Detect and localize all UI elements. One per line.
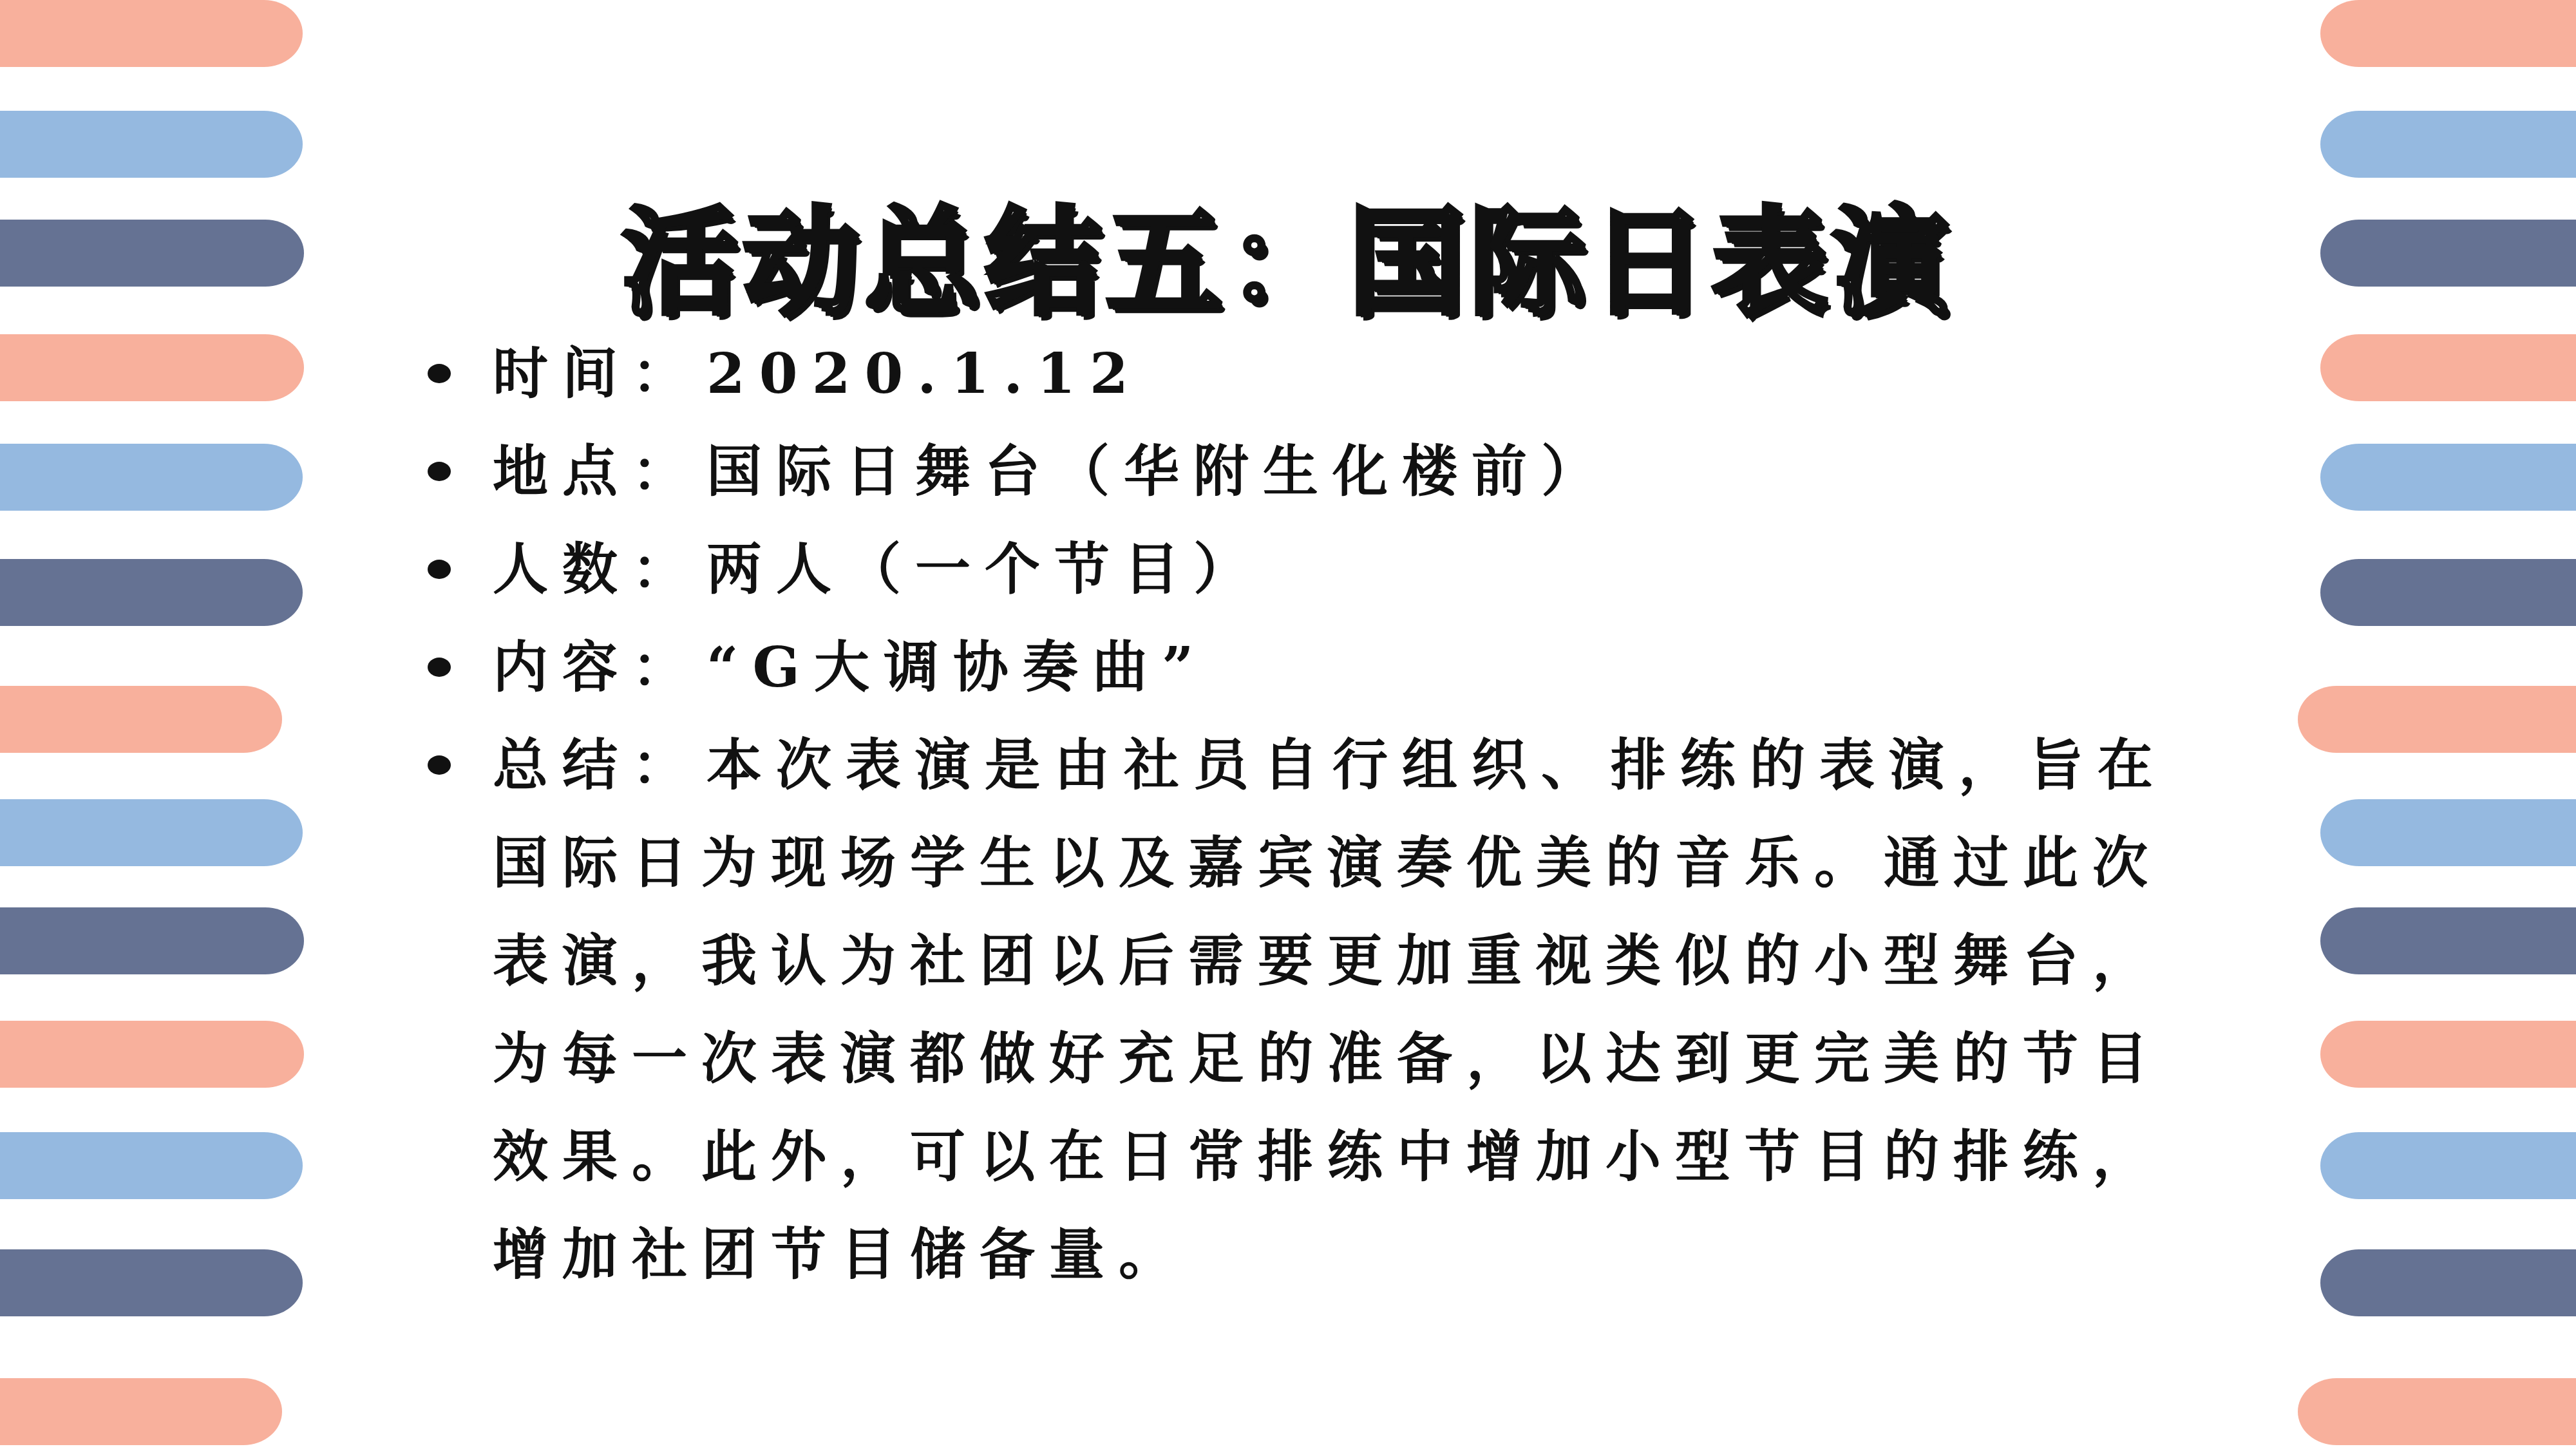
brush-stripe-slate-blue (0, 559, 303, 626)
brush-stripe-light-blue (0, 444, 303, 511)
item-value: 2020.1.12 (706, 341, 1142, 406)
item-label: 总结 (493, 733, 632, 798)
item-label: 时间 (493, 341, 632, 406)
slide-title: 活动总结五：国际日表演 (0, 193, 2576, 334)
bullet-icon (428, 364, 451, 383)
item-separator: ： (632, 635, 706, 700)
summary-list: 时间：2020.1.12 地点：国际日舞台（华附生化楼前） 人数：两人（一个节目… (419, 325, 2209, 1304)
item-label: 地点 (493, 439, 632, 504)
brush-stripe-light-blue (0, 1132, 303, 1199)
brush-stripe-pink (2320, 1021, 2576, 1088)
brush-stripe-pink (2298, 686, 2576, 753)
list-item-headcount: 人数：两人（一个节目） (419, 521, 2209, 619)
brush-stripe-light-blue (0, 799, 303, 866)
bullet-icon (428, 462, 451, 481)
brush-stripe-pink (0, 1021, 304, 1088)
brush-stripe-slate-blue (2320, 907, 2576, 974)
brush-stripe-light-blue (2320, 799, 2576, 866)
brush-stripe-slate-blue (0, 907, 304, 974)
brush-stripe-light-blue (0, 111, 303, 178)
item-value: 两人（一个节目） (706, 537, 1263, 602)
brush-stripe-pink (0, 1378, 282, 1445)
list-item-summary: 总结：本次表演是由社员自行组织、排练的表演，旨在国际日为现场学生以及嘉宾演奏优美… (419, 717, 2209, 1304)
item-separator: ： (632, 341, 706, 406)
brush-stripe-light-blue (2320, 444, 2576, 511)
item-label: 人数 (493, 537, 632, 602)
item-value: 国际日舞台（华附生化楼前） (706, 439, 1611, 504)
brush-stripe-pink (0, 686, 282, 753)
bullet-icon (428, 560, 451, 579)
bullet-icon (428, 755, 451, 775)
item-separator: ： (632, 733, 706, 798)
brush-stripe-slate-blue (2320, 559, 2576, 626)
item-label: 内容 (493, 635, 632, 700)
list-item-time: 时间：2020.1.12 (419, 325, 2209, 423)
brush-stripe-pink (2320, 334, 2576, 401)
brush-stripe-light-blue (2320, 1132, 2576, 1199)
item-separator: ： (632, 537, 706, 602)
brush-stripe-slate-blue (0, 1249, 303, 1316)
brush-stripe-light-blue (2320, 111, 2576, 178)
item-separator: ： (632, 439, 706, 504)
list-item-location: 地点：国际日舞台（华附生化楼前） (419, 423, 2209, 521)
item-value: “G大调协奏曲” (706, 635, 1207, 700)
brush-stripe-slate-blue (2320, 1249, 2576, 1316)
item-value: 本次表演是由社员自行组织、排练的表演，旨在国际日为现场学生以及嘉宾演奏优美的音乐… (493, 733, 2167, 1287)
brush-stripe-pink (0, 0, 303, 67)
brush-stripe-pink (0, 334, 304, 401)
list-item-content: 内容：“G大调协奏曲” (419, 619, 2209, 717)
brush-stripe-pink (2298, 1378, 2576, 1445)
brush-stripe-pink (2320, 0, 2576, 67)
bullet-icon (428, 658, 451, 677)
